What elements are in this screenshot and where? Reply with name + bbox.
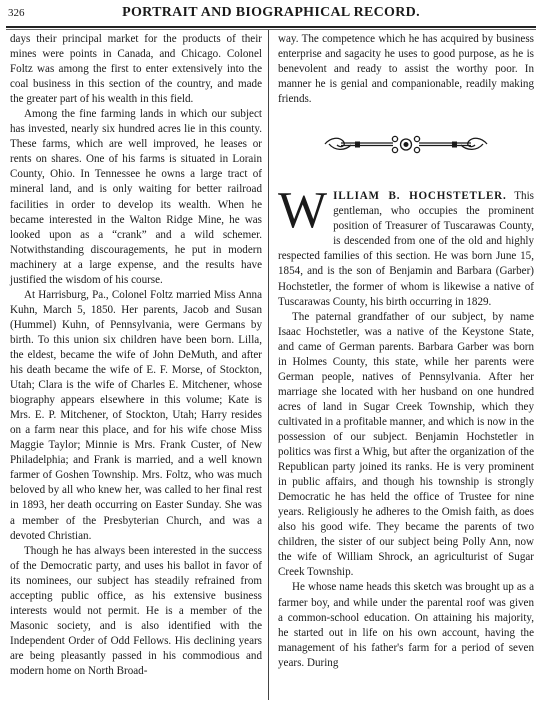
header-rule bbox=[6, 26, 536, 28]
biography-subject-name: ILLIAM B. HOCHSTETLER. bbox=[333, 190, 506, 202]
page-header: 326 PORTRAIT AND BIOGRAPHICAL RECORD. bbox=[8, 4, 534, 24]
running-title: PORTRAIT AND BIOGRAPHICAL RECORD. bbox=[8, 5, 534, 21]
drop-cap: W bbox=[278, 191, 327, 235]
header-rule-thin bbox=[6, 29, 536, 30]
paragraph: days their principal market for the prod… bbox=[10, 32, 262, 107]
paragraph: way. The competence which he has acquire… bbox=[278, 32, 534, 107]
column-divider bbox=[268, 30, 269, 700]
right-column: way. The competence which he has acquire… bbox=[278, 32, 534, 671]
paragraph: The paternal grandfather of our subject,… bbox=[278, 310, 534, 581]
book-page: 326 PORTRAIT AND BIOGRAPHICAL RECORD. da… bbox=[0, 0, 540, 703]
decorative-scroll-ornament-icon bbox=[321, 129, 491, 159]
biography-first-paragraph: WILLIAM B. HOCHSTETLER. This gentleman, … bbox=[278, 189, 534, 309]
biography-entry: WILLIAM B. HOCHSTETLER. This gentleman, … bbox=[278, 189, 534, 671]
left-column: days their principal market for the prod… bbox=[10, 32, 262, 679]
paragraph: Though he has always been interested in … bbox=[10, 544, 262, 679]
paragraph: At Harrisburg, Pa., Colonel Foltz marrie… bbox=[10, 288, 262, 544]
paragraph: Among the fine farming lands in which ou… bbox=[10, 107, 262, 288]
paragraph: He whose name heads this sketch was brou… bbox=[278, 580, 534, 670]
